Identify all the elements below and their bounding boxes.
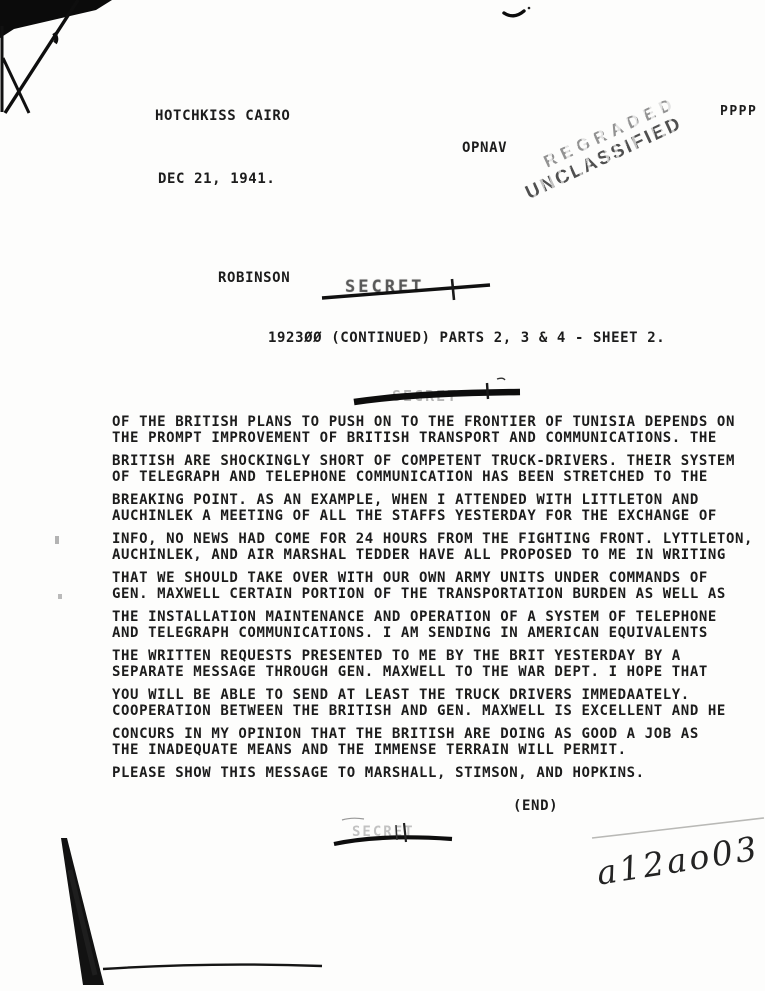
body-line: THE INADEQUATE MEANS AND THE IMMENSE TER… — [112, 742, 765, 758]
scanned-telegram-page: HOTCHKISS CAIRO PPPP OPNAV DEC 21, 1941.… — [0, 0, 765, 991]
body-line: CONCURS IN MY OPINION THAT THE BRITISH A… — [112, 726, 765, 742]
routing-addressee: OPNAV — [462, 140, 507, 156]
body-line: AUCHINLEK A MEETING OF ALL THE STAFFS YE… — [112, 508, 765, 524]
pen-check-mark — [504, 11, 524, 16]
date-line: DEC 21, 1941. — [158, 171, 275, 187]
body-paragraph: BREAKING POINT. AS AN EXAMPLE, WHEN I AT… — [112, 492, 765, 524]
regraded-unclassified-stamp: REGRADED UNCLASSIFIED — [478, 78, 728, 234]
body-paragraph: PLEASE SHOW THIS MESSAGE TO MARSHALL, ST… — [112, 765, 765, 781]
body-line: OF THE BRITISH PLANS TO PUSH ON TO THE F… — [112, 414, 765, 430]
body-line: GEN. MAXWELL CERTAIN PORTION OF THE TRAN… — [112, 586, 765, 602]
corner-streak — [61, 838, 104, 985]
crease-line — [5, 0, 78, 113]
handwritten-code: a12ao03 — [594, 828, 762, 892]
releaser-name: ROBINSON — [218, 270, 290, 286]
body-line: COOPERATION BETWEEN THE BRITISH AND GEN.… — [112, 703, 765, 719]
crease-line — [3, 58, 29, 113]
body-line: AUCHINLEK, AND AIR MARSHAL TEDDER HAVE A… — [112, 547, 765, 563]
serial-line: 1923ØØ (CONTINUED) PARTS 2, 3 & 4 - SHEE… — [268, 330, 665, 346]
body-paragraph: THE WRITTEN REQUESTS PRESENTED TO ME BY … — [112, 648, 765, 680]
body-paragraph: THAT WE SHOULD TAKE OVER WITH OUR OWN AR… — [112, 570, 765, 602]
body-line: BREAKING POINT. AS AN EXAMPLE, WHEN I AT… — [112, 492, 765, 508]
body-paragraph: BRITISH ARE SHOCKINGLY SHORT OF COMPETEN… — [112, 453, 765, 485]
body-line: INFO, NO NEWS HAD COME FOR 24 HOURS FROM… — [112, 531, 765, 547]
secret-stamp-struck-middle: SECRET — [392, 388, 458, 404]
body-line: PLEASE SHOW THIS MESSAGE TO MARSHALL, ST… — [112, 765, 765, 781]
body-paragraph: INFO, NO NEWS HAD COME FOR 24 HOURS FROM… — [112, 531, 765, 563]
body-line: BRITISH ARE SHOCKINGLY SHORT OF COMPETEN… — [112, 453, 765, 469]
body-line: SEPARATE MESSAGE THROUGH GEN. MAXWELL TO… — [112, 664, 765, 680]
secret-stamp-struck-bottom: SECRET — [352, 824, 415, 840]
body-paragraph: YOU WILL BE ABLE TO SEND AT LEAST THE TR… — [112, 687, 765, 719]
body-line: AND TELEGRAPH COMMUNICATIONS. I AM SENDI… — [112, 625, 765, 641]
body-line: THE PROMPT IMPROVEMENT OF BRITISH TRANSP… — [112, 430, 765, 446]
unclassified-stamp-text: UNCLASSIFIED — [486, 96, 722, 222]
body-line: OF TELEGRAPH AND TELEPHONE COMMUNICATION… — [112, 469, 765, 485]
end-marker: (END) — [513, 798, 558, 814]
body-line: THE INSTALLATION MAINTENANCE AND OPERATI… — [112, 609, 765, 625]
scratch-line — [103, 965, 322, 969]
sender-station: HOTCHKISS CAIRO — [155, 108, 290, 124]
secret-stamp-struck-top: SECRET — [345, 279, 424, 295]
body-paragraph: THE INSTALLATION MAINTENANCE AND OPERATI… — [112, 609, 765, 641]
corner-fold-mark — [0, 0, 112, 38]
body-paragraph: OF THE BRITISH PLANS TO PUSH ON TO THE F… — [112, 414, 765, 446]
body-paragraph: CONCURS IN MY OPINION THAT THE BRITISH A… — [112, 726, 765, 758]
body-line: THAT WE SHOULD TAKE OVER WITH OUR OWN AR… — [112, 570, 765, 586]
message-body: OF THE BRITISH PLANS TO PUSH ON TO THE F… — [112, 414, 765, 788]
body-line: YOU WILL BE ABLE TO SEND AT LEAST THE TR… — [112, 687, 765, 703]
body-line: THE WRITTEN REQUESTS PRESENTED TO ME BY … — [112, 648, 765, 664]
precedence-code: PPPP — [720, 104, 757, 120]
